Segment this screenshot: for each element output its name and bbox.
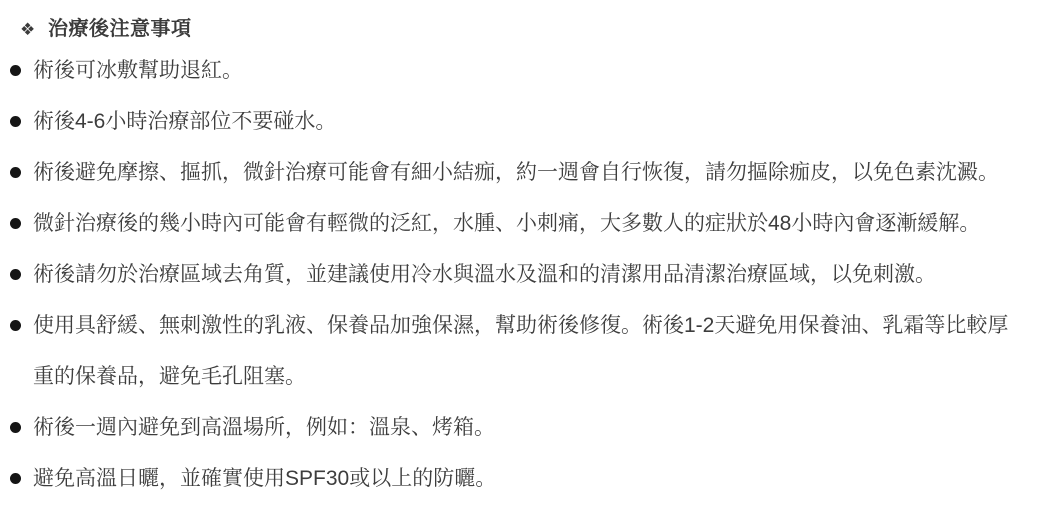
instruction-text: 術後請勿於治療區域去角質，並建議使用冷水與溫水及溫和的清潔用品清潔治療區域，以免…	[33, 249, 1021, 300]
list-item: 微針治療後的幾小時內可能會有輕微的泛紅，水腫、小刺痛，大多數人的症狀於48小時內…	[0, 198, 1021, 249]
instruction-text: 術後可冰敷幫助退紅。	[33, 45, 1021, 96]
list-item: 術後可冰敷幫助退紅。	[0, 45, 1021, 96]
list-item: 術後避免摩擦、摳抓，微針治療可能會有細小結痂，約一週會自行恢復，請勿摳除痂皮，以…	[0, 147, 1021, 198]
bullet-dot-icon	[10, 167, 21, 178]
bullet-dot-icon	[10, 116, 21, 127]
instruction-text: 微針治療後的幾小時內可能會有輕微的泛紅，水腫、小刺痛，大多數人的症狀於48小時內…	[33, 198, 1021, 249]
aftercare-instruction-list: 術後可冰敷幫助退紅。 術後4-6小時治療部位不要碰水。 術後避免摩擦、摳抓，微針…	[0, 45, 1041, 504]
bullet-dot-icon	[10, 473, 21, 484]
bullet-dot-icon	[10, 269, 21, 280]
list-item: 術後4-6小時治療部位不要碰水。	[0, 96, 1021, 147]
instruction-text: 使用具舒緩、無刺激性的乳液、保養品加強保濕，幫助術後修復。術後1-2天避免用保養…	[33, 300, 1021, 402]
bullet-dot-icon	[10, 320, 21, 331]
bullet-dot-icon	[10, 218, 21, 229]
page-title: 治療後注意事項	[48, 16, 192, 43]
section-header: ❖ 治療後注意事項	[0, 16, 1041, 43]
bullet-dot-icon	[10, 65, 21, 76]
instruction-text: 術後避免摩擦、摳抓，微針治療可能會有細小結痂，約一週會自行恢復，請勿摳除痂皮，以…	[33, 147, 1021, 198]
list-item: 術後請勿於治療區域去角質，並建議使用冷水與溫水及溫和的清潔用品清潔治療區域，以免…	[0, 249, 1021, 300]
instruction-text: 術後4-6小時治療部位不要碰水。	[33, 96, 1021, 147]
list-item: 避免高溫日曬，並確實使用SPF30或以上的防曬。	[0, 453, 1021, 504]
aftercare-document-page: ❖ 治療後注意事項 術後可冰敷幫助退紅。 術後4-6小時治療部位不要碰水。 術後…	[0, 0, 1041, 512]
list-item: 使用具舒緩、無刺激性的乳液、保養品加強保濕，幫助術後修復。術後1-2天避免用保養…	[0, 300, 1021, 402]
instruction-text: 術後一週內避免到高溫場所，例如：溫泉、烤箱。	[33, 402, 1021, 453]
diamond-bullet-icon: ❖	[20, 16, 48, 43]
bullet-dot-icon	[10, 422, 21, 433]
list-item: 術後一週內避免到高溫場所，例如：溫泉、烤箱。	[0, 402, 1021, 453]
instruction-text: 避免高溫日曬，並確實使用SPF30或以上的防曬。	[33, 453, 1021, 504]
